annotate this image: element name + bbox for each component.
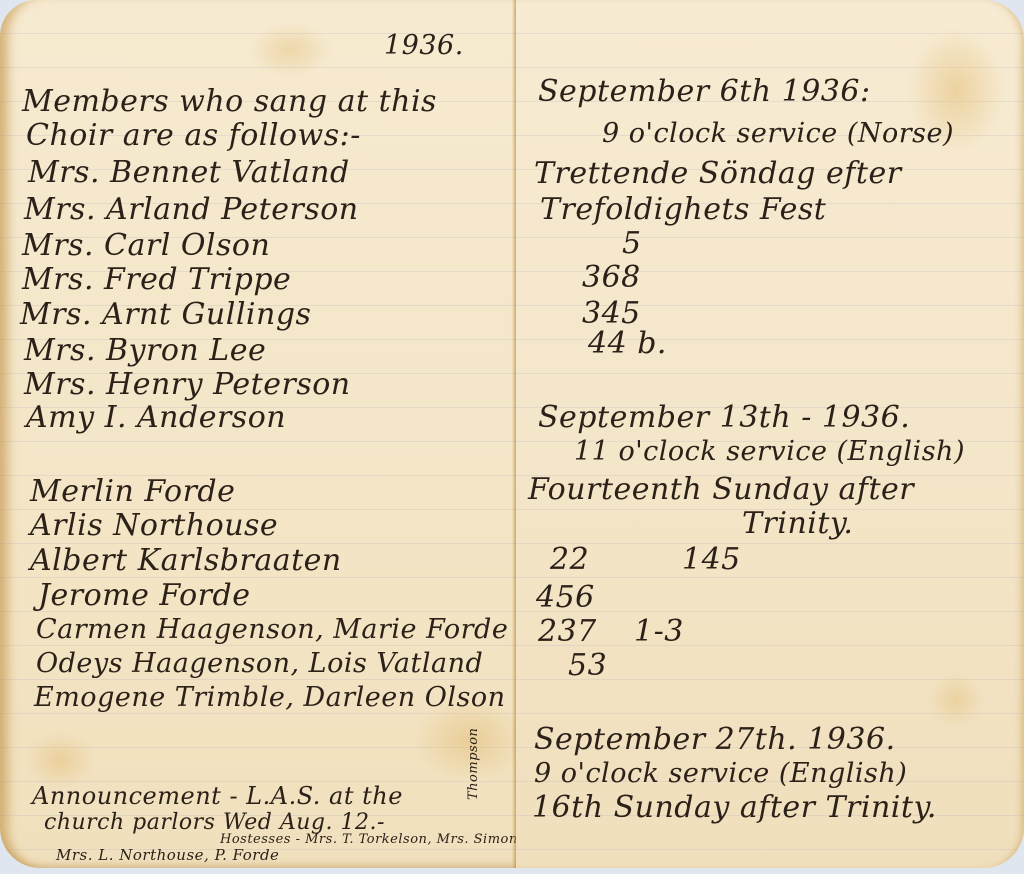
member-name: Carmen Haagenson, Marie Forde — [36, 614, 508, 645]
entry-occasion-1: Fourteenth Sunday after — [528, 472, 914, 507]
member-name: Merlin Forde — [30, 474, 235, 509]
member-name: Mrs. Byron Lee — [24, 333, 266, 368]
entry-service: 9 o'clock service (English) — [534, 758, 907, 789]
member-name: Jerome Forde — [38, 578, 250, 613]
intro-line-2: Choir are as follows:- — [26, 118, 361, 153]
hymn-number: 44 b. — [588, 326, 667, 361]
entry-date: September 6th 1936: — [538, 74, 871, 109]
member-name: Arlis Northouse — [30, 508, 278, 543]
entry-date: September 13th - 1936. — [538, 400, 910, 435]
entry-occasion-1: Trettende Söndag efter — [534, 156, 902, 191]
entry-occasion-2: Trefoldighets Fest — [540, 192, 826, 227]
entry-occasion-2: Trinity. — [742, 506, 853, 541]
member-name: Mrs. Henry Peterson — [24, 367, 351, 402]
notebook-scan: 1936. Members who sang at this Choir are… — [0, 0, 1024, 874]
hymn-number: 5 — [622, 226, 642, 261]
member-name: Mrs. Arnt Gullings — [20, 297, 311, 332]
hymn-number: 237 — [538, 614, 597, 649]
member-name: Mrs. Fred Trippe — [22, 262, 291, 297]
notebook-spread: 1936. Members who sang at this Choir are… — [0, 0, 1024, 874]
entry-service: 9 o'clock service (Norse) — [602, 118, 954, 149]
entry-service: 11 o'clock service (English) — [574, 436, 965, 467]
entry-occasion-1: 16th Sunday after Trinity. — [532, 790, 937, 825]
member-name: Mrs. Carl Olson — [22, 228, 270, 263]
year-heading: 1936. — [384, 30, 464, 61]
announcement-line-3: Hostesses - Mrs. T. Torkelson, Mrs. Simo… — [220, 832, 542, 847]
announcement-line-4: Mrs. L. Northouse, P. Forde — [56, 846, 279, 864]
member-name: Albert Karlsbraaten — [30, 543, 342, 578]
member-name: Odeys Haagenson, Lois Vatland — [36, 648, 483, 679]
member-name: Mrs. Arland Peterson — [24, 192, 359, 227]
member-name: Amy I. Anderson — [26, 400, 286, 435]
hymn-number: 22 — [550, 542, 589, 577]
hymn-number: 368 — [582, 260, 641, 295]
member-name: Emogene Trimble, Darleen Olson — [34, 682, 505, 713]
announcement-line-1: Announcement - L.A.S. at the — [32, 782, 403, 810]
hymn-number: 53 — [568, 648, 607, 683]
left-page: 1936. Members who sang at this Choir are… — [0, 0, 516, 868]
hymn-number: 1-3 — [634, 614, 684, 649]
hymn-number: 145 — [682, 542, 741, 577]
intro-line-1: Members who sang at this — [22, 84, 437, 119]
hymn-number: 456 — [536, 580, 595, 615]
right-page: September 6th 1936: 9 o'clock service (N… — [516, 0, 1024, 868]
margin-note: Thompson — [466, 728, 481, 800]
member-name: Mrs. Bennet Vatland — [28, 155, 350, 190]
entry-date: September 27th. 1936. — [534, 722, 896, 757]
